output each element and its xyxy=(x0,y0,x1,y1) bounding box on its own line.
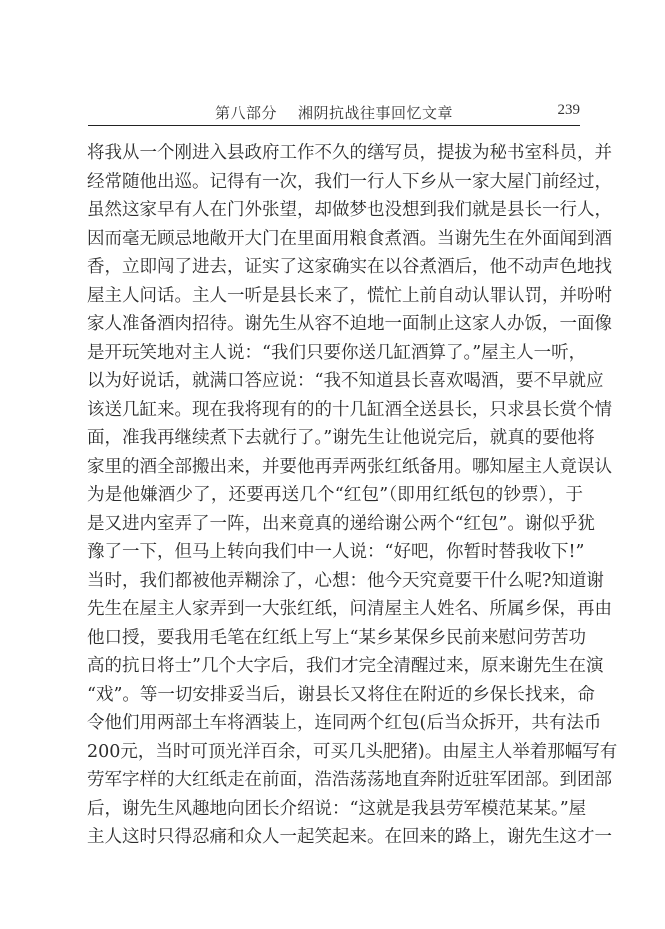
text-line: 香，立即闯了进去，证实了这家确实在以谷煮酒后，他不动声色地找 xyxy=(87,253,583,282)
text-line: 面，准我再继续煮下去就行了。”谢先生让他说完后，就真的要他将 xyxy=(87,424,583,453)
text-line: 经常随他出巡。记得有一次，我们一行人下乡从一家大屋门前经过， xyxy=(87,168,583,197)
body-text: 将我从一个刚进入县政府工作不久的缮写员，提拔为秘书室科员，并 经常随他出巡。记得… xyxy=(87,139,583,852)
header-rule xyxy=(88,125,580,126)
text-line: 后，谢先生风趣地向团长介绍说：“这就是我县劳军模范某某。”屋 xyxy=(87,795,583,824)
text-line: 是开玩笑地对主人说：“我们只要你送几缸酒算了。”屋主人一听， xyxy=(87,339,583,368)
book-page: 第八部分 湘阴抗战往事回忆文章 239 将我从一个刚进入县政府工作不久的缮写员，… xyxy=(0,0,665,929)
running-header: 第八部分 湘阴抗战往事回忆文章 239 xyxy=(88,100,580,124)
text-line: 该送几缸来。现在我将现有的的十几缸酒全送县长，只求县长赏个情 xyxy=(87,396,583,425)
text-line: 200元，当时可顶光洋百余，可买几头肥猪)。由屋主人举着那幅写有 xyxy=(87,738,583,767)
text-line: 虽然这家早有人在门外张望，却做梦也没想到我们就是县长一行人， xyxy=(87,196,583,225)
text-line: 将我从一个刚进入县政府工作不久的缮写员，提拔为秘书室科员，并 xyxy=(87,139,583,168)
text-line: 他口授，要我用毛笔在红纸上写上“某乡某保乡民前来慰问劳苦功 xyxy=(87,624,583,653)
text-line: 主人这时只得忍痛和众人一起笑起来。在回来的路上，谢先生这才一 xyxy=(87,823,583,852)
header-title: 第八部分 湘阴抗战往事回忆文章 xyxy=(88,102,580,123)
text-line: 以为好说话，就满口答应说：“我不知道县长喜欢喝酒，要不早就应 xyxy=(87,367,583,396)
text-line: 是又进内室弄了一阵，出来竟真的递给谢公两个“红包”。谢似乎犹 xyxy=(87,510,583,539)
text-line: 先生在屋主人家弄到一大张红纸，问清屋主人姓名、所属乡保，再由 xyxy=(87,595,583,624)
text-line: 为是他嫌酒少了，还要再送几个“红包”（即用红纸包的钞票），于 xyxy=(87,481,583,510)
text-line: 豫了一下，但马上转向我们中一人说：“好吧，你暂时替我收下!” xyxy=(87,538,583,567)
text-line: 屋主人问话。主人一听是县长来了，慌忙上前自动认罪认罚，并吩咐 xyxy=(87,282,583,311)
text-line: 令他们用两部土车将酒装上，连同两个红包(后当众拆开，共有法币 xyxy=(87,709,583,738)
text-line: “戏”。等一切安排妥当后，谢县长又将住在附近的乡保长找来，命 xyxy=(87,681,583,710)
text-line: 劳军字样的大红纸走在前面，浩浩荡荡地直奔附近驻军团部。到团部 xyxy=(87,766,583,795)
text-line: 因而毫无顾忌地敞开大门在里面用粮食煮酒。当谢先生在外面闻到酒 xyxy=(87,225,583,254)
text-line: 高的抗日将士”几个大字后，我们才完全清醒过来，原来谢先生在演 xyxy=(87,652,583,681)
text-line: 当时，我们都被他弄糊涂了，心想：他今天究竟要干什么呢?知道谢 xyxy=(87,567,583,596)
text-line: 家里的酒全部搬出来，并要他再弄两张红纸备用。哪知屋主人竟误认 xyxy=(87,453,583,482)
text-line: 家人准备酒肉招待。谢先生从容不迫地一面制止这家人办饭，一面像 xyxy=(87,310,583,339)
page-number: 239 xyxy=(558,102,581,119)
